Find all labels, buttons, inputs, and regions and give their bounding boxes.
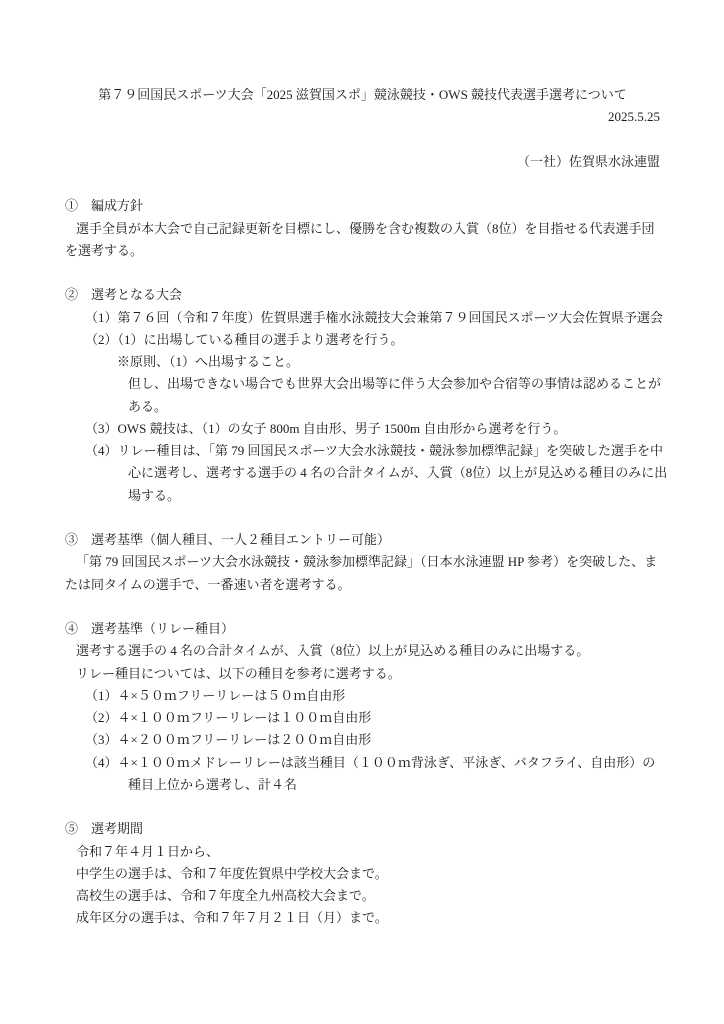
document-page: 第７９回国民スポーツ大会「2025 滋賀国スポ」競泳競技・OWS 競技代表選手選… bbox=[0, 0, 724, 1024]
paragraph-line: 成年区分の選手は、令和７年７月２１日（月）まで。 bbox=[65, 907, 660, 929]
list-item: （2）（1）に出場している種目の選手より選考を行う。 bbox=[65, 329, 660, 351]
section-heading: ② 選考となる大会 bbox=[65, 284, 660, 306]
list-item: （1）４×５０ｍフリーリレーは５０ｍ自由形 bbox=[65, 685, 660, 707]
section-composition-policy: ① 編成方針 選手全員が本大会で自己記録更新を目標にし、優勝を含む複数の入賞（8… bbox=[65, 195, 660, 262]
note-line: ある。 bbox=[65, 396, 660, 418]
section-criteria-individual: ③ 選考基準（個人種目、一人２種目エントリー可能） 「第 79 回国民スポーツ大… bbox=[65, 529, 660, 596]
paragraph-line: 「第 79 回国民スポーツ大会水泳競技・競泳参加標準記録」（日本水泳連盟 HP … bbox=[65, 551, 660, 573]
note-line: 但し、出場できない場合でも世界大会出場等に伴う大会参加や合宿等の事情は認めること… bbox=[65, 373, 660, 395]
list-item: （3）OWS 競技は、（1）の女子 800m 自由形、男子 1500m 自由形か… bbox=[65, 418, 660, 440]
paragraph-line: 選手全員が本大会で自己記録更新を目標にし、優勝を含む複数の入賞（8位）を目指せる… bbox=[65, 218, 660, 240]
list-item-continuation: 場する。 bbox=[65, 485, 660, 507]
list-item: （1）第７６回（令和７年度）佐賀県選手権水泳競技大会兼第７９回国民スポーツ大会佐… bbox=[65, 307, 660, 329]
issuer-name: （一社）佐賀県水泳連盟 bbox=[65, 151, 660, 173]
paragraph-line: リレー種目については、以下の種目を参考に選考する。 bbox=[65, 663, 660, 685]
list-item-continuation: 種目上位から選考し、計４名 bbox=[65, 774, 660, 796]
list-item-continuation: 心に選考し、選考する選手の 4 名の合計タイムが、入賞（8位）以上が見込める種目… bbox=[65, 462, 660, 484]
section-heading: ⑤ 選考期間 bbox=[65, 818, 660, 840]
list-item: （2）４×１００ｍフリーリレーは１００ｍ自由形 bbox=[65, 707, 660, 729]
section-heading: ① 編成方針 bbox=[65, 195, 660, 217]
paragraph-line: 中学生の選手は、令和７年度佐賀県中学校大会まで。 bbox=[65, 863, 660, 885]
list-item: （4）４×１００ｍメドレーリレーは該当種目（１００ｍ背泳ぎ、平泳ぎ、バタフライ、… bbox=[65, 752, 660, 774]
list-item: （3）４×２００ｍフリーリレーは２００ｍ自由形 bbox=[65, 729, 660, 751]
section-criteria-relay: ④ 選考基準（リレー種目） 選考する選手の 4 名の合計タイムが、入賞（8位）以… bbox=[65, 618, 660, 796]
list-item: （4）リレー種目は、「第 79 回国民スポーツ大会水泳競技・競泳参加標準記録」を… bbox=[65, 440, 660, 462]
section-selection-period: ⑤ 選考期間 令和７年４月１日から、 中学生の選手は、令和７年度佐賀県中学校大会… bbox=[65, 818, 660, 929]
paragraph-line: 令和７年４月１日から、 bbox=[65, 841, 660, 863]
section-selection-meets: ② 選考となる大会 （1）第７６回（令和７年度）佐賀県選手権水泳競技大会兼第７９… bbox=[65, 284, 660, 507]
paragraph-line: を選考する。 bbox=[65, 240, 660, 262]
section-heading: ④ 選考基準（リレー種目） bbox=[65, 618, 660, 640]
document-title: 第７９回国民スポーツ大会「2025 滋賀国スポ」競泳競技・OWS 競技代表選手選… bbox=[65, 84, 660, 106]
note-line: ※原則、（1）へ出場すること。 bbox=[65, 351, 660, 373]
document-date: 2025.5.25 bbox=[65, 106, 660, 128]
paragraph-line: たは同タイムの選手で、一番速い者を選考する。 bbox=[65, 574, 660, 596]
paragraph-line: 高校生の選手は、令和７年度全九州高校大会まで。 bbox=[65, 885, 660, 907]
paragraph-line: 選考する選手の 4 名の合計タイムが、入賞（8位）以上が見込める種目のみに出場す… bbox=[65, 640, 660, 662]
section-heading: ③ 選考基準（個人種目、一人２種目エントリー可能） bbox=[65, 529, 660, 551]
